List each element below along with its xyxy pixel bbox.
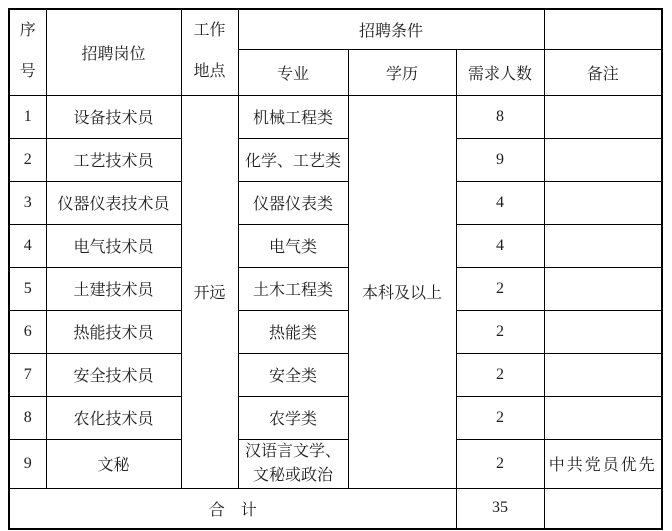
serial-cell: 9 xyxy=(9,439,46,488)
position-cell: 文秘 xyxy=(46,439,181,488)
education-cell: 本科及以上 xyxy=(348,95,456,488)
table-row: 1 设备技术员 开远 机械工程类 本科及以上 8 xyxy=(9,95,662,138)
major-cell: 热能类 xyxy=(238,310,348,353)
position-cell: 电气技术员 xyxy=(46,224,181,267)
header-education: 学历 xyxy=(348,49,456,95)
total-label-cell: 合 计 xyxy=(9,488,456,529)
remark-cell xyxy=(544,224,662,267)
headcount-cell: 4 xyxy=(456,224,544,267)
table-row: 6 热能技术员 热能类 2 xyxy=(9,310,662,353)
major-line2: 文秘或政治 xyxy=(241,464,346,487)
headcount-cell: 2 xyxy=(456,396,544,439)
remark-cell: 中共党员优先 xyxy=(544,439,662,488)
serial-cell: 1 xyxy=(9,95,46,138)
table-row: 4 电气技术员 电气类 4 xyxy=(9,224,662,267)
major-cell: 土木工程类 xyxy=(238,267,348,310)
position-cell: 设备技术员 xyxy=(46,95,181,138)
header-remarks: 备注 xyxy=(544,49,662,95)
position-cell: 工艺技术员 xyxy=(46,138,181,181)
position-cell: 农化技术员 xyxy=(46,396,181,439)
document-page: 序 号 招聘岗位 工作 地点 招聘条件 专业 学历 需求人数 备注 1 设备技术… xyxy=(0,0,672,531)
serial-cell: 6 xyxy=(9,310,46,353)
serial-cell: 8 xyxy=(9,396,46,439)
major-cell: 汉语言文学、 文秘或政治 xyxy=(238,439,348,488)
serial-cell: 2 xyxy=(9,138,46,181)
serial-cell: 5 xyxy=(9,267,46,310)
position-cell: 安全技术员 xyxy=(46,353,181,396)
header-major: 专业 xyxy=(238,49,348,95)
table-row: 9 文秘 汉语言文学、 文秘或政治 2 中共党员优先 xyxy=(9,439,662,488)
major-cell: 化学、工艺类 xyxy=(238,138,348,181)
recruitment-table: 序 号 招聘岗位 工作 地点 招聘条件 专业 学历 需求人数 备注 1 设备技术… xyxy=(8,8,663,530)
header-location-line1: 工作 xyxy=(184,11,236,52)
remark-cell xyxy=(544,310,662,353)
table-row: 8 农化技术员 农学类 2 xyxy=(9,396,662,439)
major-cell: 安全类 xyxy=(238,353,348,396)
headcount-cell: 2 xyxy=(456,439,544,488)
total-row: 合 计 35 xyxy=(9,488,662,529)
serial-cell: 7 xyxy=(9,353,46,396)
total-remark-cell xyxy=(544,488,662,529)
remark-cell xyxy=(544,181,662,224)
remark-cell xyxy=(544,353,662,396)
remark-cell xyxy=(544,138,662,181)
header-serial-line2: 号 xyxy=(12,52,44,93)
serial-cell: 4 xyxy=(9,224,46,267)
header-work-location: 工作 地点 xyxy=(181,9,238,95)
header-serial-line1: 序 xyxy=(12,11,44,52)
major-line1: 汉语言文学、 xyxy=(241,440,346,463)
position-cell: 土建技术员 xyxy=(46,267,181,310)
headcount-cell: 2 xyxy=(456,310,544,353)
remark-cell xyxy=(544,396,662,439)
headcount-cell: 4 xyxy=(456,181,544,224)
headcount-cell: 2 xyxy=(456,353,544,396)
serial-cell: 3 xyxy=(9,181,46,224)
header-location-line2: 地点 xyxy=(184,52,236,93)
headcount-cell: 8 xyxy=(456,95,544,138)
position-cell: 热能技术员 xyxy=(46,310,181,353)
table-row: 3 仪器仪表技术员 仪器仪表类 4 xyxy=(9,181,662,224)
header-serial-number: 序 号 xyxy=(9,9,46,95)
major-cell: 电气类 xyxy=(238,224,348,267)
table-row: 7 安全技术员 安全类 2 xyxy=(9,353,662,396)
remark-cell xyxy=(544,267,662,310)
remark-cell xyxy=(544,95,662,138)
major-cell: 仪器仪表类 xyxy=(238,181,348,224)
header-row-1: 序 号 招聘岗位 工作 地点 招聘条件 xyxy=(9,9,662,49)
header-position: 招聘岗位 xyxy=(46,9,181,95)
table-row: 5 土建技术员 土木工程类 2 xyxy=(9,267,662,310)
headcount-cell: 9 xyxy=(456,138,544,181)
header-headcount: 需求人数 xyxy=(456,49,544,95)
headcount-cell: 2 xyxy=(456,267,544,310)
total-headcount-cell: 35 xyxy=(456,488,544,529)
work-location-cell: 开远 xyxy=(181,95,238,488)
header-recruit-conditions: 招聘条件 xyxy=(238,9,544,49)
major-cell: 机械工程类 xyxy=(238,95,348,138)
table-row: 2 工艺技术员 化学、工艺类 9 xyxy=(9,138,662,181)
header-remarks-spacer xyxy=(544,9,662,49)
major-cell: 农学类 xyxy=(238,396,348,439)
position-cell: 仪器仪表技术员 xyxy=(46,181,181,224)
